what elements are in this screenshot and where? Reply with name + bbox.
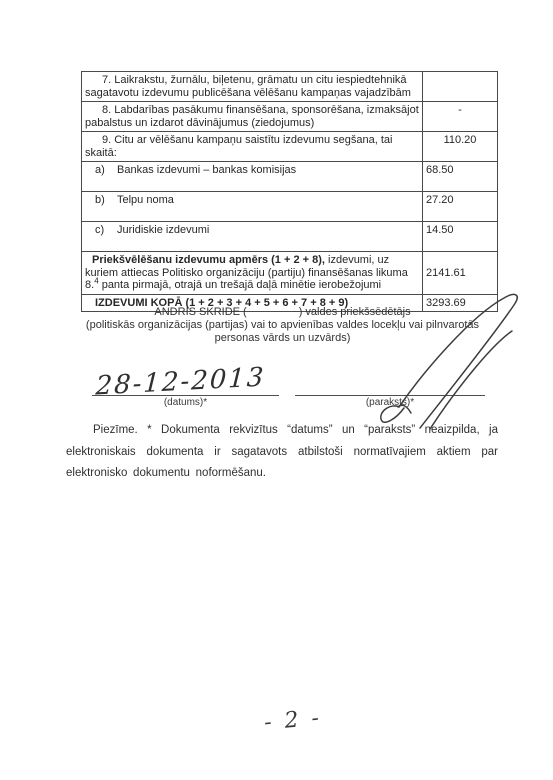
table-row: 8. Labdarības pasākumu finansēšana, spon…: [82, 102, 498, 132]
signatory-descriptor: (politiskās organizācijas (partijas) vai…: [60, 319, 505, 332]
row-value: 14.50: [423, 222, 498, 252]
row-value: 68.50: [423, 162, 498, 192]
signatory-name-prefix: ANDRIS SKRIDE (: [154, 306, 246, 318]
item-text: Juridiskie izdevumi: [117, 224, 209, 236]
signatory-title: ) valdes priekšsēdētājs: [299, 306, 411, 318]
table-row: Priekšvēlēšanu izdevumu apmērs (1 + 2 + …: [82, 252, 498, 295]
handwritten-date-area: 28-12-2013: [92, 362, 279, 395]
handwritten-signature-area: [295, 362, 485, 395]
table-row: 9. Citu ar vēlēšanu kampaņu saistītu izd…: [82, 132, 498, 162]
sum-label-text: panta pirmajā, otrajā un trešajā daļā mi…: [99, 279, 382, 291]
table-row: c)Juridiskie izdevumi 14.50: [82, 222, 498, 252]
row-label: b)Telpu noma: [82, 192, 423, 222]
signatory-name-line: ANDRIS SKRIDE () valdes priekšsēdētājs: [60, 306, 505, 319]
row-label: 8. Labdarības pasākumu finansēšana, spon…: [82, 102, 423, 132]
row-value: -: [423, 102, 498, 132]
table-row: 7. Laikrakstu, žurnālu, biļetenu, grāmat…: [82, 72, 498, 102]
row-label: a)Bankas izdevumi – bankas komisijas: [82, 162, 423, 192]
item-letter: a): [95, 164, 117, 177]
row-value: [423, 72, 498, 102]
row-value: 27.20: [423, 192, 498, 222]
note-paragraph: Piezīme. * Dokumenta rekvizītus “datums”…: [66, 420, 498, 485]
signatory-block: ANDRIS SKRIDE () valdes priekšsēdētājs (…: [60, 306, 505, 344]
row-value: 110.20: [423, 132, 498, 162]
item-letter: b): [95, 194, 117, 207]
table-row: b)Telpu noma 27.20: [82, 192, 498, 222]
signature-field-label: (paraksts)*: [295, 396, 485, 408]
row-label: 9. Citu ar vēlēšanu kampaņu saistītu izd…: [82, 132, 423, 162]
date-field: 28-12-2013 (datums)*: [92, 362, 279, 408]
row-label: 7. Laikrakstu, žurnālu, biļetenu, grāmat…: [82, 72, 423, 102]
item-letter: c): [95, 224, 117, 237]
scanned-document-page: 7. Laikrakstu, žurnālu, biļetenu, grāmat…: [0, 0, 553, 780]
expenses-table: 7. Laikrakstu, žurnālu, biļetenu, grāmat…: [81, 71, 498, 312]
item-text: Telpu noma: [117, 194, 174, 206]
sum-label-bold: Priekšvēlēšanu izdevumu apmērs (1 + 2 + …: [92, 254, 325, 266]
signatory-descriptor: personas vārds un uzvārds): [60, 332, 505, 345]
table-row: a)Bankas izdevumi – bankas komisijas 68.…: [82, 162, 498, 192]
row-label: c)Juridiskie izdevumi: [82, 222, 423, 252]
signature-field: (paraksts)*: [295, 362, 485, 408]
row-label: Priekšvēlēšanu izdevumu apmērs (1 + 2 + …: [82, 252, 423, 295]
item-text: Bankas izdevumi – bankas komisijas: [117, 164, 296, 176]
row-value: 2141.61: [423, 252, 498, 295]
page-number: - 2 -: [237, 703, 349, 737]
